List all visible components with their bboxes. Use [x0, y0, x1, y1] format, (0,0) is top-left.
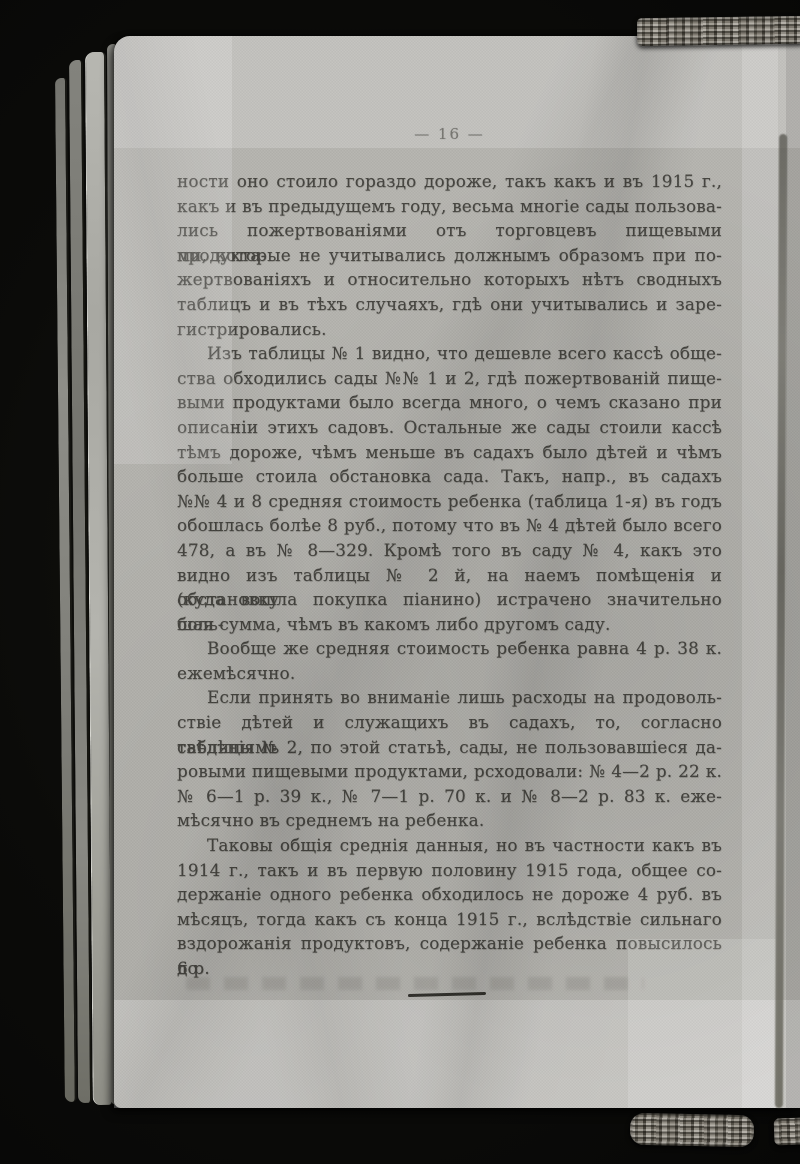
text-line: (куда вошла покупка піанино) истрачено з…: [177, 587, 722, 612]
text-line: ровыми пищевыми продуктами, рсходовали: …: [177, 759, 722, 784]
text-line: вздорожанія продуктовъ, содержаніе ребен…: [177, 931, 722, 956]
binding-fabric-bottom-right: [774, 1118, 800, 1146]
text-line: Изъ таблицы № 1 видно, что дешевле всего…: [177, 341, 722, 366]
text-line: ствіе дѣтей и служащихъ въ садахъ, то, с…: [177, 710, 722, 735]
text-line: ми, которые не учитывались должнымъ обра…: [177, 243, 722, 268]
page-crease: [775, 134, 787, 1108]
text-line: Таковы общія среднія данныя, но въ частн…: [177, 833, 722, 858]
binding-fabric-top: [637, 16, 800, 46]
text-line: № 6—1 р. 39 к., № 7—1 р. 70 к. и № 8—2 р…: [177, 784, 722, 809]
text-line: выми продуктами было всегда много, о чем…: [177, 390, 722, 415]
text-line: какъ и въ предыдущемъ году, весьма многі…: [177, 194, 722, 219]
text-line: описаніи этихъ садовъ. Остальные же сады…: [177, 415, 722, 440]
text-line: мѣсячно въ среднемъ на ребенка.: [177, 808, 722, 833]
text-line: таблицы № 2, по этой статьѣ, сады, не по…: [177, 735, 722, 760]
book-page: — 16 — ности оно стоило гораздо дороже, …: [114, 36, 800, 1108]
text-line: 1914 г., такъ и въ первую половину 1915 …: [177, 858, 722, 883]
ink-bleedthrough: [186, 977, 644, 990]
photographed-book-scene: — 16 — ности оно стоило гораздо дороже, …: [0, 0, 800, 1164]
text-line: ежемѣсячно.: [177, 661, 722, 686]
text-line: обошлась болѣе 8 руб., потому что въ № 4…: [177, 513, 722, 538]
text-line: гистрировались.: [177, 317, 722, 342]
text-line: 478, а въ № 8—329. Кромѣ того въ саду № …: [177, 538, 722, 563]
text-line: больше стоила обстановка сада. Такъ, нап…: [177, 464, 722, 489]
text-block: ности оно стоило гораздо дороже, такъ ка…: [177, 169, 722, 981]
text-line: лись пожертвованіями отъ торговцевъ пище…: [177, 218, 722, 243]
binding-fabric-bottom: [630, 1113, 755, 1148]
text-line: тѣмъ дороже, чѣмъ меньше въ садахъ было …: [177, 440, 722, 465]
page-number: — 16 —: [177, 125, 722, 143]
text-line: ности оно стоило гораздо дороже, такъ ка…: [177, 169, 722, 194]
text-line: жертвованіяхъ и относительно которыхъ нѣ…: [177, 267, 722, 292]
text-line: Если принять во вниманіе лишь расходы на…: [177, 685, 722, 710]
text-line: держаніе одного ребенка обходилось не до…: [177, 882, 722, 907]
text-line: видно изъ таблицы № 2 й, на наемъ помѣще…: [177, 563, 722, 588]
page-margin-shading: [786, 36, 800, 1108]
lighting-overlay: [114, 1000, 800, 1108]
section-divider-rule: [408, 992, 486, 997]
text-line: Вообще же средняя стоимость ребенка равн…: [177, 636, 722, 661]
text-line: ства обходились сады №№ 1 и 2, гдѣ пожер…: [177, 366, 722, 391]
text-line: мѣсяцъ, тогда какъ съ конца 1915 г., всл…: [177, 907, 722, 932]
text-line: №№ 4 и 8 средняя стоимость ребенка (табл…: [177, 489, 722, 514]
lighting-overlay: [742, 36, 778, 1108]
text-line: шая сумма, чѣмъ въ какомъ либо другомъ с…: [177, 612, 722, 637]
text-line: таблицъ и въ тѣхъ случаяхъ, гдѣ они учит…: [177, 292, 722, 317]
